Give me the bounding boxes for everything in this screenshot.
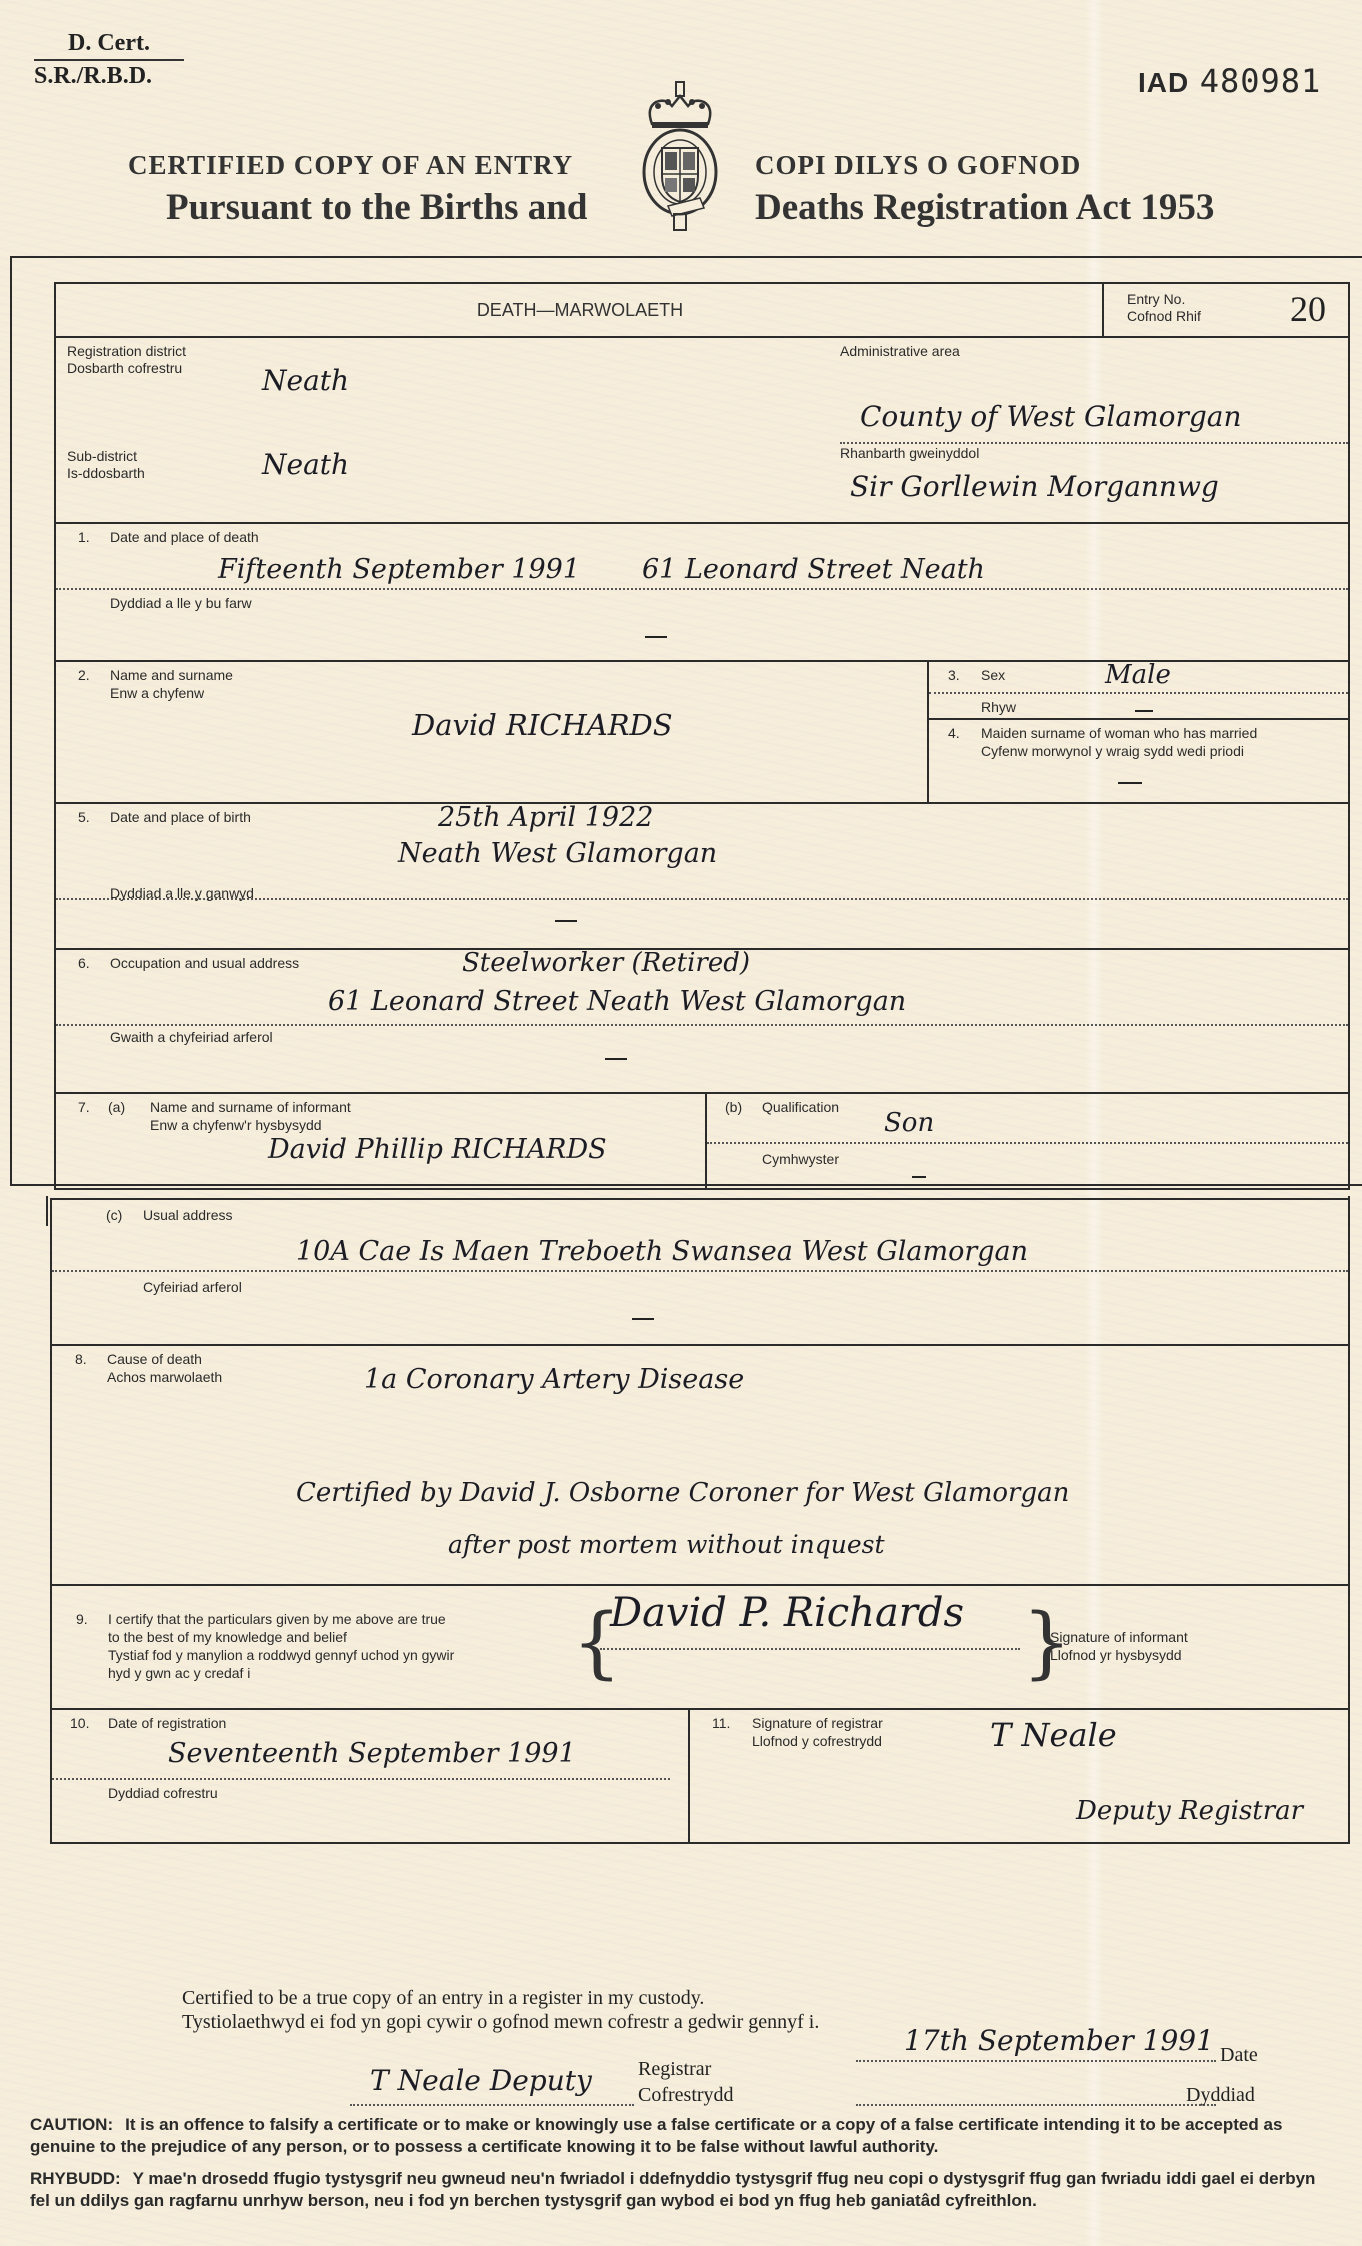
f9-sig-label-en: Signature of informant (1050, 1628, 1188, 1646)
entry-no-value: 20 (1290, 288, 1326, 330)
caution-key: CAUTION: (30, 2115, 113, 2134)
divider (50, 1708, 1350, 1710)
certification-date-value: 17th September 1991 (904, 2024, 1214, 2057)
f7a-label-cy: Enw a chyfenw'r hysbysydd (150, 1116, 322, 1134)
entry-no-label-en: Entry No. (1127, 290, 1185, 308)
f6-number: 6. (78, 954, 90, 972)
f6-occupation: Steelworker (Retired) (462, 948, 750, 978)
certification-text: Certified to be a true copy of an entry … (182, 1986, 819, 2034)
f3-number: 3. (948, 666, 960, 684)
dotted-line (856, 2060, 1216, 2062)
f8-label-en: Cause of death (107, 1350, 202, 1368)
divider (54, 522, 1350, 524)
certification-registrar-label-cy: Cofrestrydd (638, 2084, 734, 2107)
f5-label-en: Date and place of birth (110, 808, 251, 826)
f8-certified-line1: Certified by David J. Osborne Coroner fo… (296, 1478, 1069, 1508)
form-code-bottom: S.R./R.B.D. (34, 63, 184, 90)
f10-number: 10. (70, 1714, 89, 1732)
f3-label-en: Sex (981, 666, 1005, 684)
f2-label-cy: Enw a chyfenw (110, 684, 204, 702)
f8-certified-line2: after post mortem without inquest (448, 1530, 885, 1559)
f7b-sub: (b) (725, 1098, 742, 1116)
rhybudd-text: Y mae'n drosedd ffugio tystysgrif neu gw… (30, 2169, 1315, 2210)
certification-line-cy: Tystiolaethwyd ei fod yn gopi cywir o go… (182, 2010, 819, 2034)
rhybudd-key: RHYBUDD: (30, 2169, 121, 2188)
registration-district-label-cy: Dosbarth cofrestru (67, 359, 182, 377)
dotted-line (350, 2104, 634, 2106)
rhybudd-notice: RHYBUDD:Y mae'n drosedd ffugio tystysgri… (30, 2168, 1330, 2212)
registration-district-label-en: Registration district (67, 342, 186, 360)
dotted-line (929, 692, 1348, 694)
f11-title: Deputy Registrar (1076, 1796, 1303, 1826)
registration-district-value: Neath (262, 364, 349, 397)
certification-line-en: Certified to be a true copy of an entry … (182, 1986, 819, 2010)
f7b-label-cy: Cymhwyster (762, 1150, 839, 1168)
divider (1102, 282, 1104, 338)
f11-label-en: Signature of registrar (752, 1714, 883, 1732)
form-code-top: D. Cert. (34, 30, 184, 61)
f3-welsh-dash (1135, 710, 1153, 712)
dotted-line (707, 1142, 1348, 1144)
title-en-line1: CERTIFIED COPY OF AN ENTRY (128, 150, 573, 181)
admin-area-label-cy: Rhanbarth gweinyddol (840, 444, 979, 462)
f9-text-cy-1: Tystiaf fod y manylion a roddwyd gennyf … (108, 1646, 454, 1664)
f7c-label-en: Usual address (143, 1206, 233, 1224)
f4-dash (1118, 782, 1142, 784)
f7b-welsh-dash (912, 1176, 926, 1178)
f1-place: 61 Leonard Street Neath (642, 554, 985, 585)
divider (54, 1092, 1350, 1094)
f9-text-en-1: I certify that the particulars given by … (108, 1610, 446, 1628)
f2-value: David RICHARDS (412, 708, 673, 742)
f1-label-en: Date and place of death (110, 528, 259, 546)
f2-label-en: Name and surname (110, 666, 233, 684)
divider (705, 1092, 707, 1188)
f3-label-cy: Rhyw (981, 698, 1016, 716)
f11-number: 11. (712, 1714, 730, 1732)
dotted-line (56, 1024, 1348, 1026)
sub-district-value: Neath (262, 448, 349, 481)
serial-value: 480981 (1200, 62, 1322, 100)
divider (50, 1584, 1350, 1586)
f9-text-cy-2: hyd y gwn ac y credaf i (108, 1664, 250, 1682)
serial-prefix: IAD (1138, 67, 1189, 98)
f6-label-cy: Gwaith a chyfeiriad arferol (110, 1028, 273, 1046)
f9-sig-label-cy: Llofnod yr hysbysydd (1050, 1646, 1182, 1664)
f4-number: 4. (948, 724, 960, 742)
certification-registrar-signature: T Neale Deputy (370, 2064, 592, 2097)
divider (54, 802, 1350, 804)
f1-welsh-dash (645, 636, 667, 638)
f7c-value: 10A Cae Is Maen Treboeth Swansea West Gl… (296, 1236, 1028, 1267)
dotted-line (600, 1648, 1020, 1650)
caution-notice: CAUTION:It is an offence to falsify a ce… (30, 2114, 1330, 2158)
f1-number: 1. (78, 528, 90, 546)
caution-text: It is an offence to falsify a certificat… (30, 2115, 1282, 2156)
f9-signature: David P. Richards (610, 1590, 964, 1636)
f7b-value: Son (884, 1108, 934, 1138)
certification-registrar-label-en: Registrar (638, 2058, 711, 2081)
f11-signature: T Neale (990, 1716, 1117, 1754)
f9-text-en-2: to the best of my knowledge and belief (108, 1628, 347, 1646)
f5-place: Neath West Glamorgan (398, 838, 717, 869)
admin-area-value-en: County of West Glamorgan (860, 400, 1242, 433)
divider (688, 1708, 690, 1844)
title-cy-line2: Deaths Registration Act 1953 (755, 186, 1214, 229)
divider (54, 336, 1350, 338)
f7c-sub: (c) (106, 1206, 122, 1224)
f3-value: Male (1105, 660, 1171, 690)
divider (927, 718, 1350, 720)
f10-value: Seventeenth September 1991 (168, 1738, 576, 1769)
f8-label-cy: Achos marwolaeth (107, 1368, 222, 1386)
f5-date: 25th April 1922 (438, 802, 653, 833)
f6-welsh-dash (605, 1058, 627, 1060)
title-cy-line1: COPI DILYS O GOFNOD (755, 150, 1081, 181)
f7a-number: 7. (78, 1098, 90, 1116)
f11-label-cy: Llofnod y cofrestrydd (752, 1732, 882, 1750)
f8-number: 8. (75, 1350, 87, 1368)
f7a-label-en: Name and surname of informant (150, 1098, 351, 1116)
f5-welsh-dash (555, 920, 577, 922)
f5-label-cy: Dyddiad a lle y ganwyd (110, 884, 254, 902)
f2-number: 2. (78, 666, 90, 684)
f7a-sub: (a) (108, 1098, 125, 1116)
f9-number: 9. (76, 1610, 88, 1628)
form-code: D. Cert. S.R./R.B.D. (34, 30, 184, 90)
entry-no-label-cy: Cofnod Rhif (1127, 307, 1201, 325)
certification-date-label-en: Date (1220, 2044, 1258, 2067)
f6-label-en: Occupation and usual address (110, 954, 299, 972)
royal-coat-of-arms-icon (638, 80, 722, 232)
f1-label-cy: Dyddiad a lle y bu farw (110, 594, 252, 612)
f4-label-en: Maiden surname of woman who has married (981, 724, 1257, 742)
section-title: DEATH—MARWOLAETH (55, 284, 1105, 336)
f6-address: 61 Leonard Street Neath West Glamorgan (328, 986, 906, 1017)
divider (50, 1344, 1350, 1346)
f7c-label-cy: Cyfeiriad arferol (143, 1278, 242, 1296)
f10-label-cy: Dyddiad cofrestru (108, 1784, 218, 1802)
serial-number: IAD 480981 (1138, 62, 1321, 101)
dotted-line (52, 1270, 1348, 1272)
certification-date-label-cy: Dyddiad (1186, 2084, 1255, 2107)
dotted-line (856, 2104, 1216, 2106)
sub-district-label-en: Sub-district (67, 447, 137, 465)
f5-number: 5. (78, 808, 90, 826)
f7b-label-en: Qualification (762, 1098, 839, 1116)
sub-district-label-cy: Is-ddosbarth (67, 464, 145, 482)
admin-area-value-cy: Sir Gorllewin Morgannwg (850, 470, 1219, 503)
f10-label-en: Date of registration (108, 1714, 226, 1732)
divider (927, 660, 929, 802)
f7a-value: David Phillip RICHARDS (268, 1134, 607, 1165)
f4-label-cy: Cyfenw morwynol y wraig sydd wedi priodi (981, 742, 1244, 760)
admin-area-label-en: Administrative area (840, 342, 960, 360)
title-en-line2: Pursuant to the Births and (166, 186, 587, 229)
dotted-line (56, 588, 1348, 590)
f7c-welsh-dash (632, 1318, 654, 1320)
f1-date: Fifteenth September 1991 (218, 554, 580, 585)
f8-cause: 1a Coronary Artery Disease (364, 1364, 744, 1395)
dotted-line (52, 1778, 670, 1780)
